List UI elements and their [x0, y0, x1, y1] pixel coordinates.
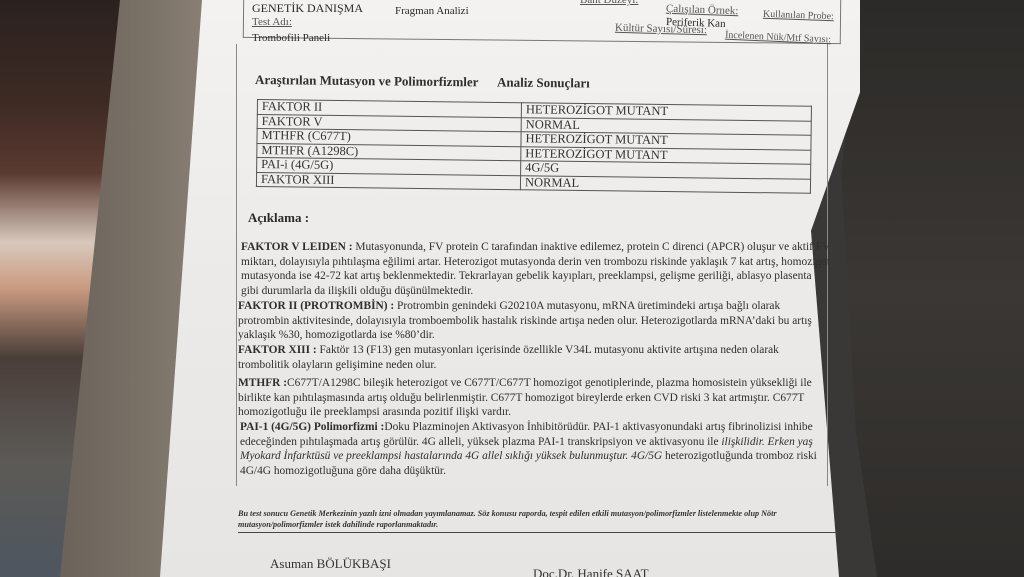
- culture-label: Kültür Sayısı/Süresi:: [615, 22, 707, 36]
- method-value: Fragman Analizi: [395, 5, 469, 17]
- mutation-name: FAKTOR XIII: [256, 172, 520, 190]
- faktor-ii-heading: FAKTOR II (PROTROMBİN) :: [238, 300, 394, 312]
- analysis-result: NORMAL: [520, 175, 810, 193]
- test-name-label: Test Adı:: [252, 16, 292, 28]
- lab-report: GENETİK DANIŞMA Test Adı: Trombofili Pan…: [0, 0, 1024, 577]
- faktor-xiii-text: Faktör 13 (F13) gen mutasyonları içerisi…: [238, 344, 779, 371]
- department-label: GENETİK DANIŞMA: [252, 1, 363, 16]
- explanation-faktor-ii: FAKTOR II (PROTROMBİN) : Protrombin geni…: [238, 299, 828, 343]
- pai1-heading: PAI-1 (4G/5G) Polimorfizmi :: [240, 421, 384, 433]
- explanation-faktor-v: FAKTOR V LEIDEN : Mutasyonunda, FV prote…: [238, 240, 831, 298]
- results-table: FAKTOR IIHETEROZİGOT MUTANTFAKTOR VNORMA…: [256, 99, 812, 194]
- sample-label: Çalışılan Örnek:: [666, 3, 739, 18]
- band-level-label: Bant Düzeyi:: [580, 0, 638, 6]
- faktor-v-heading: FAKTOR V LEIDEN :: [241, 241, 353, 253]
- mthfr-heading: MTHFR :: [238, 377, 287, 389]
- faktor-xiii-heading: FAKTOR XIII :: [238, 344, 317, 356]
- signature-right: Doç.Dr. Hanife SAAT: [533, 566, 649, 577]
- signature-left: Asuman BÖLÜKBAŞI: [270, 556, 391, 572]
- disclaimer: Bu test sonucu Genetik Merkezinin yazılı…: [238, 508, 838, 533]
- explanation-pai1: PAI-1 (4G/5G) Polimorfizmi :Doku Plazmin…: [238, 420, 830, 478]
- explanation-title: Açıklama :: [248, 210, 309, 226]
- explanation-faktor-xiii: FAKTOR XIII : Faktör 13 (F13) gen mutasy…: [238, 343, 828, 372]
- results-title-left: Araştırılan Mutasyon ve Polimorfizmler: [255, 72, 479, 89]
- test-name-value: Trombofili Paneli: [252, 32, 330, 44]
- results-title-right: Analiz Sonuçları: [497, 75, 590, 91]
- mthfr-text: C677T/A1298C bileşik heterozigot ve C677…: [238, 377, 812, 418]
- explanation-mthfr: MTHFR :C677T/A1298C bileşik heterozigot …: [238, 376, 828, 420]
